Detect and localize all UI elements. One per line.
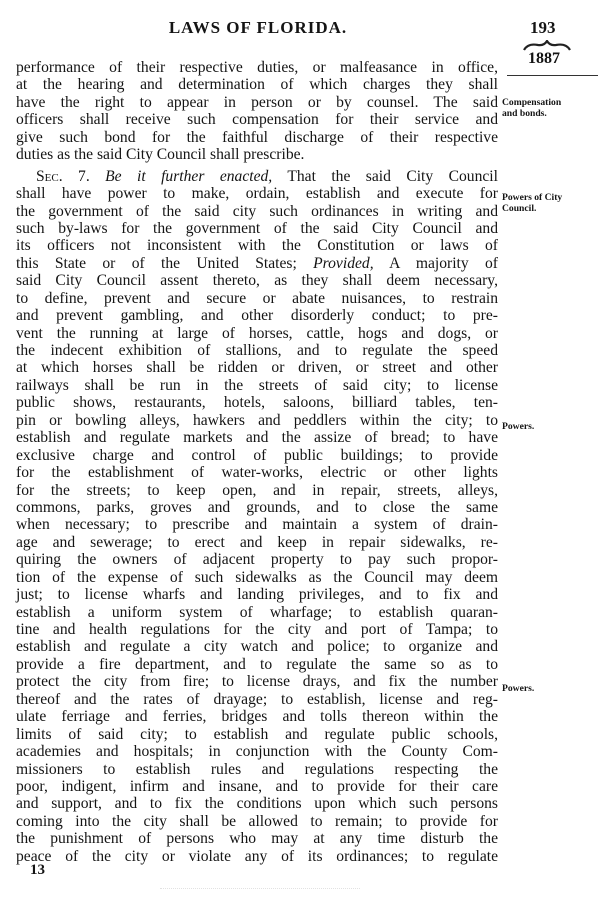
text-line: limits of said city; to establish and re… (16, 726, 498, 743)
text-line: age and sewerage; to erect and keep in r… (16, 534, 498, 551)
text-line: at which horses shall be ridden or drive… (16, 359, 498, 376)
text-line: commons, parks, groves and grounds, and … (16, 499, 498, 516)
page-number: 193 (530, 18, 556, 38)
text-line: railways shall be run in the streets of … (16, 377, 498, 394)
running-head: LAWS OF FLORIDA. 193 (0, 18, 601, 40)
text-line: the indecent exhibition of stallions, an… (16, 342, 498, 359)
text-line: for the streets; to keep open, and in re… (16, 482, 498, 499)
text-line: establish and regulate markets and the a… (16, 429, 498, 446)
text-line: when necessary; to prescribe and maintai… (16, 516, 498, 533)
text-line: said City Council assent thereto, as the… (16, 272, 498, 289)
margin-note-line: Powers. (502, 683, 600, 694)
text-line: for the establishment of water-works, el… (16, 464, 498, 481)
text-line: the government of the said city such ord… (16, 203, 498, 220)
text-line: public shows, restaurants, hotels, saloo… (16, 394, 498, 411)
text-line: coming into the city shall be allowed to… (16, 813, 498, 830)
text-line: provide a fire department, and to regula… (16, 656, 498, 673)
text-line: such by-laws for the government of the s… (16, 220, 498, 237)
text-line: tion of the expense of such sidewalks as… (16, 569, 498, 586)
text-fragment: That the said City Council (287, 168, 498, 185)
text-line: and prevent gambling, and other disorder… (16, 307, 498, 324)
text-line: establish and regulate a city watch and … (16, 638, 498, 655)
text-line: have the right to appear in person or by… (16, 94, 498, 111)
margin-note-powers-2: Powers. (502, 683, 600, 694)
text-line: shall have power to make, ordain, establ… (16, 185, 498, 202)
margin-note-line: Council. (502, 203, 600, 214)
text-line: ulate ferriage and ferries, bridges and … (16, 708, 498, 725)
text-line: quiring the owners of adjacent property … (16, 551, 498, 568)
text-line: missioners to establish rules and regula… (16, 761, 498, 778)
text-line: peace of the city or violate any of its … (16, 848, 498, 865)
section-label: Sec. 7. (36, 168, 90, 185)
text-line: officers shall receive such compensation… (16, 111, 498, 128)
text-fragment: this State or of the United States; (16, 255, 297, 272)
section-heading-line: Sec. 7. Be it further enacted, That the … (16, 168, 498, 185)
text-line: protect the city from fire; to license d… (16, 673, 498, 690)
paragraph-section-7: Sec. 7. Be it further enacted, That the … (16, 168, 498, 866)
text-line: just; to license wharfs and landing priv… (16, 586, 498, 603)
text-line: academies and hospitals; in conjunction … (16, 743, 498, 760)
year-marker: 1887 (528, 50, 560, 68)
text-line: pin or bowling alleys, hawkers and peddl… (16, 412, 498, 429)
margin-note-line: Powers. (502, 421, 600, 432)
bleed-through-mark (160, 888, 360, 891)
text-line: establish a uniform system of wharfage; … (16, 604, 498, 621)
text-line: to define, prevent and secure or abate n… (16, 290, 498, 307)
text-line: duties as the said City Council shall pr… (16, 146, 498, 163)
text-fragment: A majority of (389, 255, 498, 272)
text-line: exclusive charge and control of public b… (16, 447, 498, 464)
provided-line: this State or of the United States; Prov… (16, 255, 498, 272)
provided-proviso: Provided, (313, 255, 373, 272)
enacting-clause: Be it further enacted, (105, 168, 272, 185)
text-line: give such bond for the faithful discharg… (16, 129, 498, 146)
running-title: LAWS OF FLORIDA. (138, 18, 378, 38)
text-line: its officers not inconsistent with the C… (16, 237, 498, 254)
margin-note-line: and bonds. (502, 108, 600, 119)
margin-note-compensation: Compensation and bonds. (502, 97, 600, 119)
text-line: thereof and the rates of drayage; to est… (16, 691, 498, 708)
body-text: performance of their respective duties, … (16, 59, 498, 865)
margin-note-line: Compensation (502, 97, 600, 108)
text-line: at the hearing and determination of whic… (16, 76, 498, 93)
year-rule-divider (507, 75, 598, 76)
text-line: performance of their respective duties, … (16, 59, 498, 76)
margin-note-line: Powers of City (502, 192, 600, 203)
text-line: the punishment of persons who may at any… (16, 830, 498, 847)
text-line: vent the running at large of horses, cat… (16, 325, 498, 342)
signature-mark: 13 (30, 862, 45, 879)
text-line: and support, and to fix the conditions u… (16, 795, 498, 812)
text-line: tine and health regulations for the city… (16, 621, 498, 638)
paragraph-compensation: performance of their respective duties, … (16, 59, 498, 164)
text-line: poor, indigent, infirm and insane, and t… (16, 778, 498, 795)
margin-note-powers-of-city-council: Powers of City Council. (502, 192, 600, 214)
margin-note-powers-1: Powers. (502, 421, 600, 432)
